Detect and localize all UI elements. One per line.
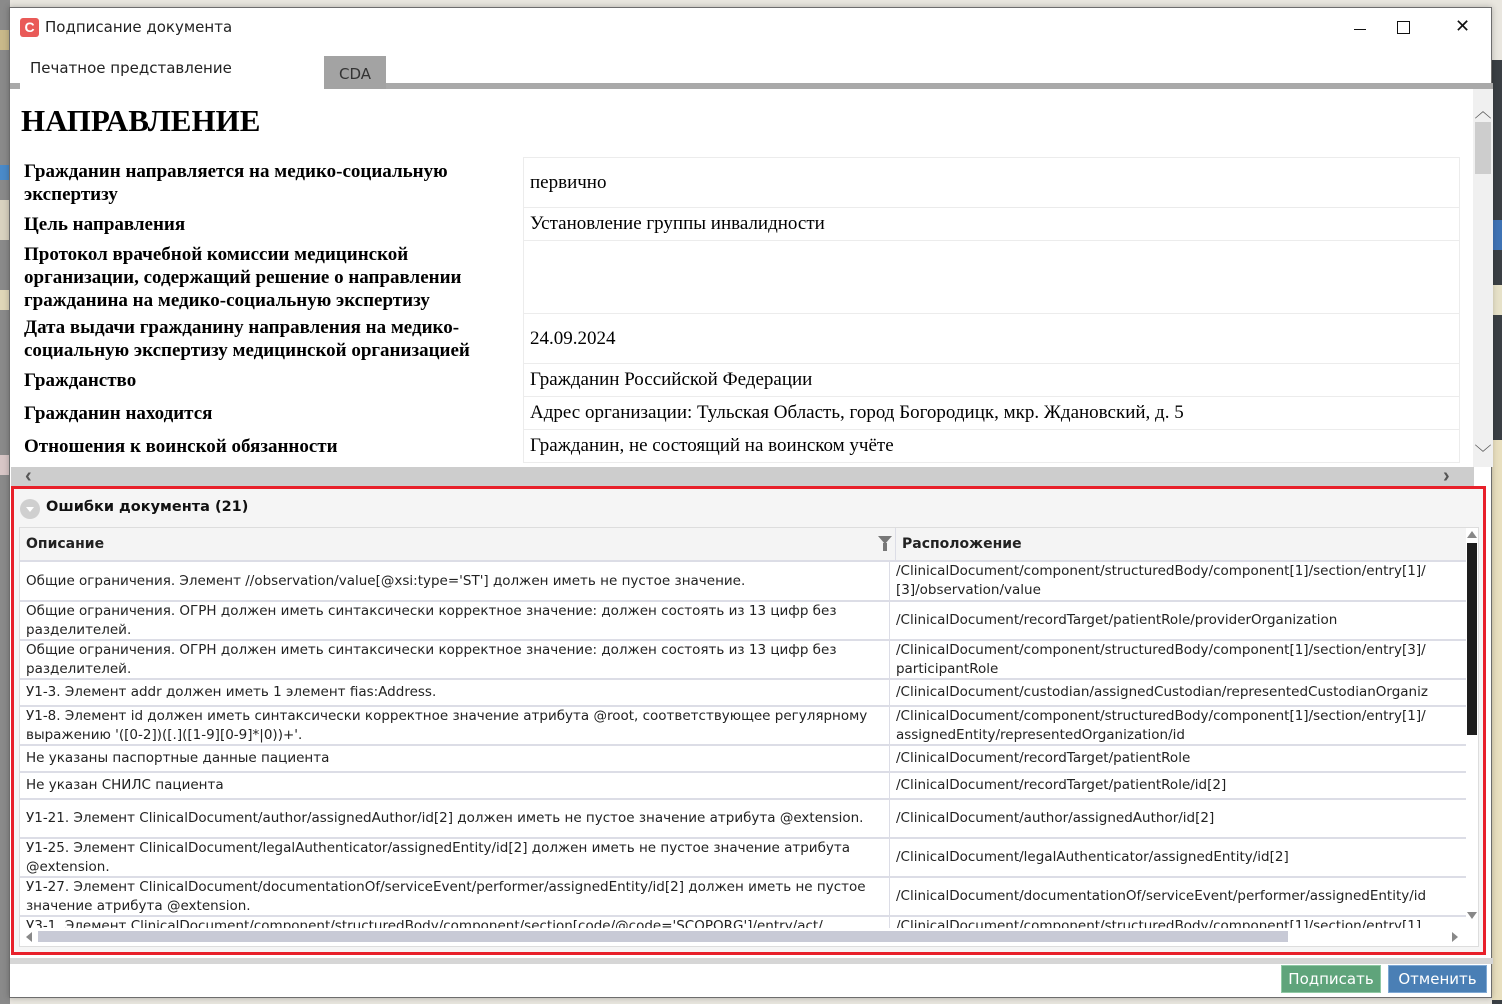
document-vertical-scrollbar[interactable]: ︿ ﹀: [1473, 89, 1493, 467]
error-location: /ClinicalDocument/custodian/assignedCust…: [890, 680, 1466, 705]
error-location: /ClinicalDocument/recordTarget/patientRo…: [890, 773, 1466, 798]
error-location: /ClinicalDocument/component/structuredBo…: [890, 562, 1466, 600]
document-field-row: Гражданство Гражданин Российской Федерац…: [19, 364, 1460, 397]
field-label: Протокол врачебной комиссии медицинской …: [19, 241, 524, 314]
errors-grid: Описание Расположение Общие ограничения.…: [19, 527, 1479, 947]
window-title: Подписание документа: [45, 18, 232, 36]
error-description: У1-21. Элемент ClinicalDocument/author/a…: [20, 800, 890, 837]
error-description: Не указаны паспортные данные пациента: [20, 746, 890, 771]
collapse-toggle-icon[interactable]: [20, 499, 40, 519]
error-location: /ClinicalDocument/recordTarget/patientRo…: [890, 602, 1466, 639]
sign-button[interactable]: Подписать: [1281, 965, 1381, 993]
table-row[interactable]: У1-8. Элемент id должен иметь синтаксиче…: [20, 707, 1466, 746]
document-field-row: Отношения к воинской обязанности Граждан…: [19, 430, 1460, 463]
document-print-view: НАПРАВЛЕНИЕ Гражданин направляется на ме…: [11, 89, 1474, 467]
title-bar: C Подписание документа ✕: [10, 8, 1491, 46]
scroll-left-icon[interactable]: ‹: [25, 465, 32, 488]
document-field-row: Гражданин находится Адрес организации: Т…: [19, 397, 1460, 430]
error-description: Не указан СНИЛС пациента: [20, 773, 890, 798]
minimize-icon: [1354, 29, 1366, 30]
error-description: У1-8. Элемент id должен иметь синтаксиче…: [20, 707, 890, 744]
table-row[interactable]: У1-27. Элемент ClinicalDocument/document…: [20, 878, 1466, 917]
scrollbar-thumb[interactable]: [38, 931, 1288, 942]
maximize-button[interactable]: [1380, 12, 1426, 42]
close-icon: ✕: [1455, 16, 1470, 36]
table-row[interactable]: У1-3. Элемент addr должен иметь 1 элемен…: [20, 680, 1466, 707]
document-horizontal-scrollbar[interactable]: ‹ ›: [11, 467, 1474, 487]
column-header-location[interactable]: Расположение: [896, 528, 1476, 560]
tab-bar: Печатное представление документа CDA: [10, 52, 1483, 89]
error-location: /ClinicalDocument/documentationOf/servic…: [890, 878, 1466, 915]
error-description: У1-3. Элемент addr должен иметь 1 элемен…: [20, 680, 890, 705]
errors-panel-title: Ошибки документа (21): [46, 499, 248, 515]
table-row[interactable]: У1-21. Элемент ClinicalDocument/author/a…: [20, 800, 1466, 839]
maximize-icon: [1397, 21, 1410, 34]
field-value: [524, 241, 1460, 314]
document-field-row: Гражданин направляется на медико-социаль…: [19, 158, 1460, 208]
field-label: Гражданин находится: [19, 397, 524, 430]
desktop-background-right: [1492, 60, 1502, 1004]
error-location: /ClinicalDocument/author/assignedAuthor/…: [890, 800, 1466, 837]
error-location: /ClinicalDocument/component/structuredBo…: [890, 641, 1466, 678]
document-fields-table: Гражданин направляется на медико-социаль…: [19, 157, 1460, 463]
scroll-up-icon[interactable]: [1467, 531, 1477, 538]
error-description: Общие ограничения. ОГРН должен иметь син…: [20, 602, 890, 639]
field-value: Гражданин, не состоящий на воинском учёт…: [524, 430, 1460, 463]
table-row[interactable]: Не указаны паспортные данные пациента/Cl…: [20, 746, 1466, 773]
document-field-row: Цель направления Установление группы инв…: [19, 208, 1460, 241]
table-row[interactable]: Общие ограничения. ОГРН должен иметь син…: [20, 641, 1466, 680]
scrollbar-thumb[interactable]: [1467, 543, 1477, 735]
document-errors-panel: Ошибки документа (21) Описание Расположе…: [11, 486, 1486, 955]
app-logo-icon: C: [20, 18, 39, 37]
table-row[interactable]: Общие ограничения. Элемент //observation…: [20, 562, 1466, 602]
scroll-down-icon[interactable]: [1467, 912, 1477, 919]
sign-document-dialog: C Подписание документа ✕ Печатное предст…: [9, 7, 1492, 998]
field-value: Гражданин Российской Федерации: [524, 364, 1460, 397]
scroll-down-icon[interactable]: ﹀: [1473, 439, 1493, 459]
filter-icon[interactable]: [878, 536, 892, 544]
field-label: Гражданство: [19, 364, 524, 397]
cancel-button[interactable]: Отменить: [1388, 965, 1487, 993]
table-row[interactable]: Не указан СНИЛС пациента/ClinicalDocumen…: [20, 773, 1466, 800]
error-location: /ClinicalDocument/recordTarget/patientRo…: [890, 746, 1466, 771]
document-field-row: Дата выдачи гражданину направления на ме…: [19, 314, 1460, 364]
tab-cda[interactable]: CDA: [324, 56, 386, 89]
table-row[interactable]: Общие ограничения. ОГРН должен иметь син…: [20, 602, 1466, 641]
grid-vertical-scrollbar[interactable]: [1466, 528, 1478, 928]
scroll-right-icon[interactable]: ›: [1443, 465, 1450, 488]
field-value: Установление группы инвалидности: [524, 208, 1460, 241]
grid-header: Описание Расположение: [20, 528, 1466, 562]
field-value: 24.09.2024: [524, 314, 1460, 364]
error-description: У1-27. Элемент ClinicalDocument/document…: [20, 878, 890, 915]
field-value: первично: [524, 158, 1460, 208]
minimize-button[interactable]: [1337, 12, 1383, 42]
scroll-right-icon[interactable]: [1452, 932, 1458, 942]
grid-rows: Общие ограничения. Элемент //observation…: [20, 562, 1466, 939]
error-description: Общие ограничения. Элемент //observation…: [20, 562, 890, 600]
error-location: /ClinicalDocument/component/structuredBo…: [890, 707, 1466, 744]
column-header-description[interactable]: Описание: [20, 528, 896, 560]
error-location: /ClinicalDocument/legalAuthenticator/ass…: [890, 839, 1466, 876]
tab-print-view[interactable]: Печатное представление документа: [20, 52, 322, 84]
field-label: Гражданин направляется на медико-социаль…: [19, 158, 524, 208]
document-field-row: Протокол врачебной комиссии медицинской …: [19, 241, 1460, 314]
close-button[interactable]: ✕: [1439, 12, 1485, 42]
scroll-up-icon[interactable]: ︿: [1473, 97, 1493, 117]
scroll-left-icon[interactable]: [26, 932, 32, 942]
table-row[interactable]: У1-25. Элемент ClinicalDocument/legalAut…: [20, 839, 1466, 878]
field-label: Цель направления: [19, 208, 524, 241]
field-label: Дата выдачи гражданину направления на ме…: [19, 314, 524, 364]
field-label: Отношения к воинской обязанности: [19, 430, 524, 463]
field-value: Адрес организации: Тульская Область, гор…: [524, 397, 1460, 430]
error-description: У1-25. Элемент ClinicalDocument/legalAut…: [20, 839, 890, 876]
footer-divider: [10, 958, 1493, 964]
grid-horizontal-scrollbar[interactable]: [20, 928, 1466, 946]
error-description: Общие ограничения. ОГРН должен иметь син…: [20, 641, 890, 678]
document-heading: НАПРАВЛЕНИЕ: [21, 103, 260, 139]
scrollbar-thumb[interactable]: [1475, 122, 1491, 174]
